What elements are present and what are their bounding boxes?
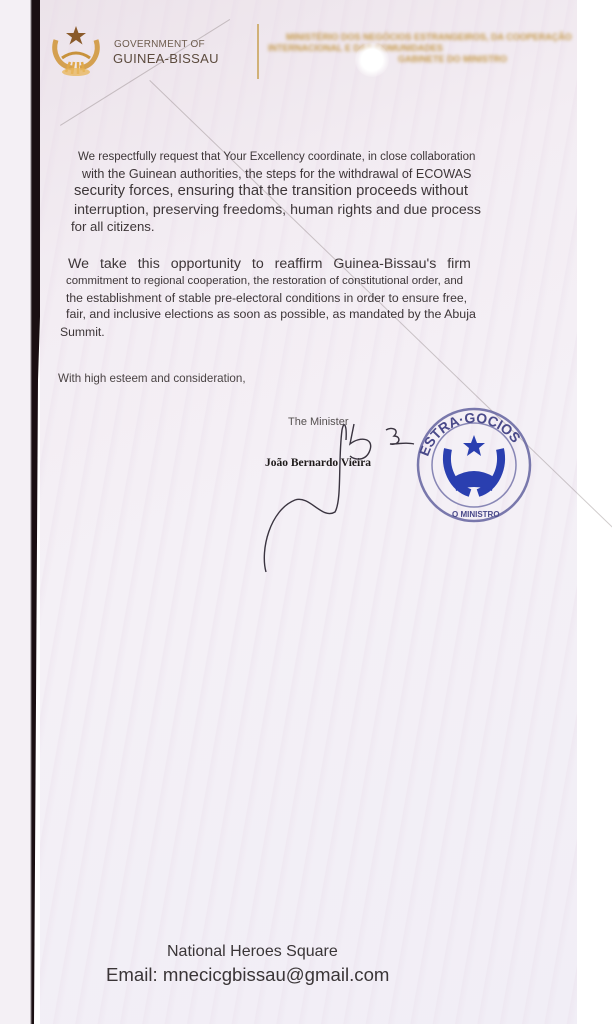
ministry-line: INTERNACIONAL E DAS COMUNIDADES bbox=[268, 43, 578, 54]
paragraph1-line: with the Guinean authorities, the steps … bbox=[82, 167, 566, 181]
ministry-line: GABINETE DO MINISTRO bbox=[268, 54, 578, 65]
paragraph2-line: We take this opportunity to reaffirm Gui… bbox=[68, 256, 566, 272]
national-emblem-icon bbox=[48, 22, 104, 78]
light-glare bbox=[355, 43, 389, 77]
paragraph1-line: interruption, preserving freedoms, human… bbox=[74, 202, 566, 218]
header-divider bbox=[257, 24, 259, 79]
footer-email: Email: mnecicgbissau@gmail.com bbox=[106, 964, 389, 986]
closing-salutation: With high esteem and consideration, bbox=[58, 372, 246, 385]
paragraph2-line: commitment to regional cooperation, the … bbox=[66, 275, 566, 287]
footer-address: National Heroes Square bbox=[167, 943, 338, 961]
paragraph1-line: for all citizens. bbox=[71, 219, 371, 234]
paragraph2-line: Summit. bbox=[60, 325, 160, 339]
country-name: GUINEA-BISSAU bbox=[113, 51, 219, 66]
paragraph2-line: the establishment of stable pre-electora… bbox=[66, 291, 566, 305]
ministry-heading-blurred: MINISTÉRIO DOS NEGÓCIOS ESTRANGEIROS, DA… bbox=[268, 32, 578, 82]
seal-text-bottom: O MINISTRO bbox=[452, 510, 500, 519]
paragraph1-line: security forces, ensuring that the trans… bbox=[74, 183, 566, 199]
document-photo: GOVERNMENT OF GUINEA-BISSAU MINISTÉRIO D… bbox=[0, 0, 612, 1024]
official-seal-icon: ESTRA·GOCIOS O MINISTRO bbox=[410, 405, 535, 530]
ministry-line: MINISTÉRIO DOS NEGÓCIOS ESTRANGEIROS, DA… bbox=[268, 32, 578, 43]
government-label: GOVERNMENT OF bbox=[114, 39, 205, 50]
paragraph2-line: fair, and inclusive elections as soon as… bbox=[66, 307, 566, 321]
paragraph1-line: We respectfully request that Your Excell… bbox=[78, 151, 564, 163]
background-margin bbox=[577, 0, 612, 1024]
